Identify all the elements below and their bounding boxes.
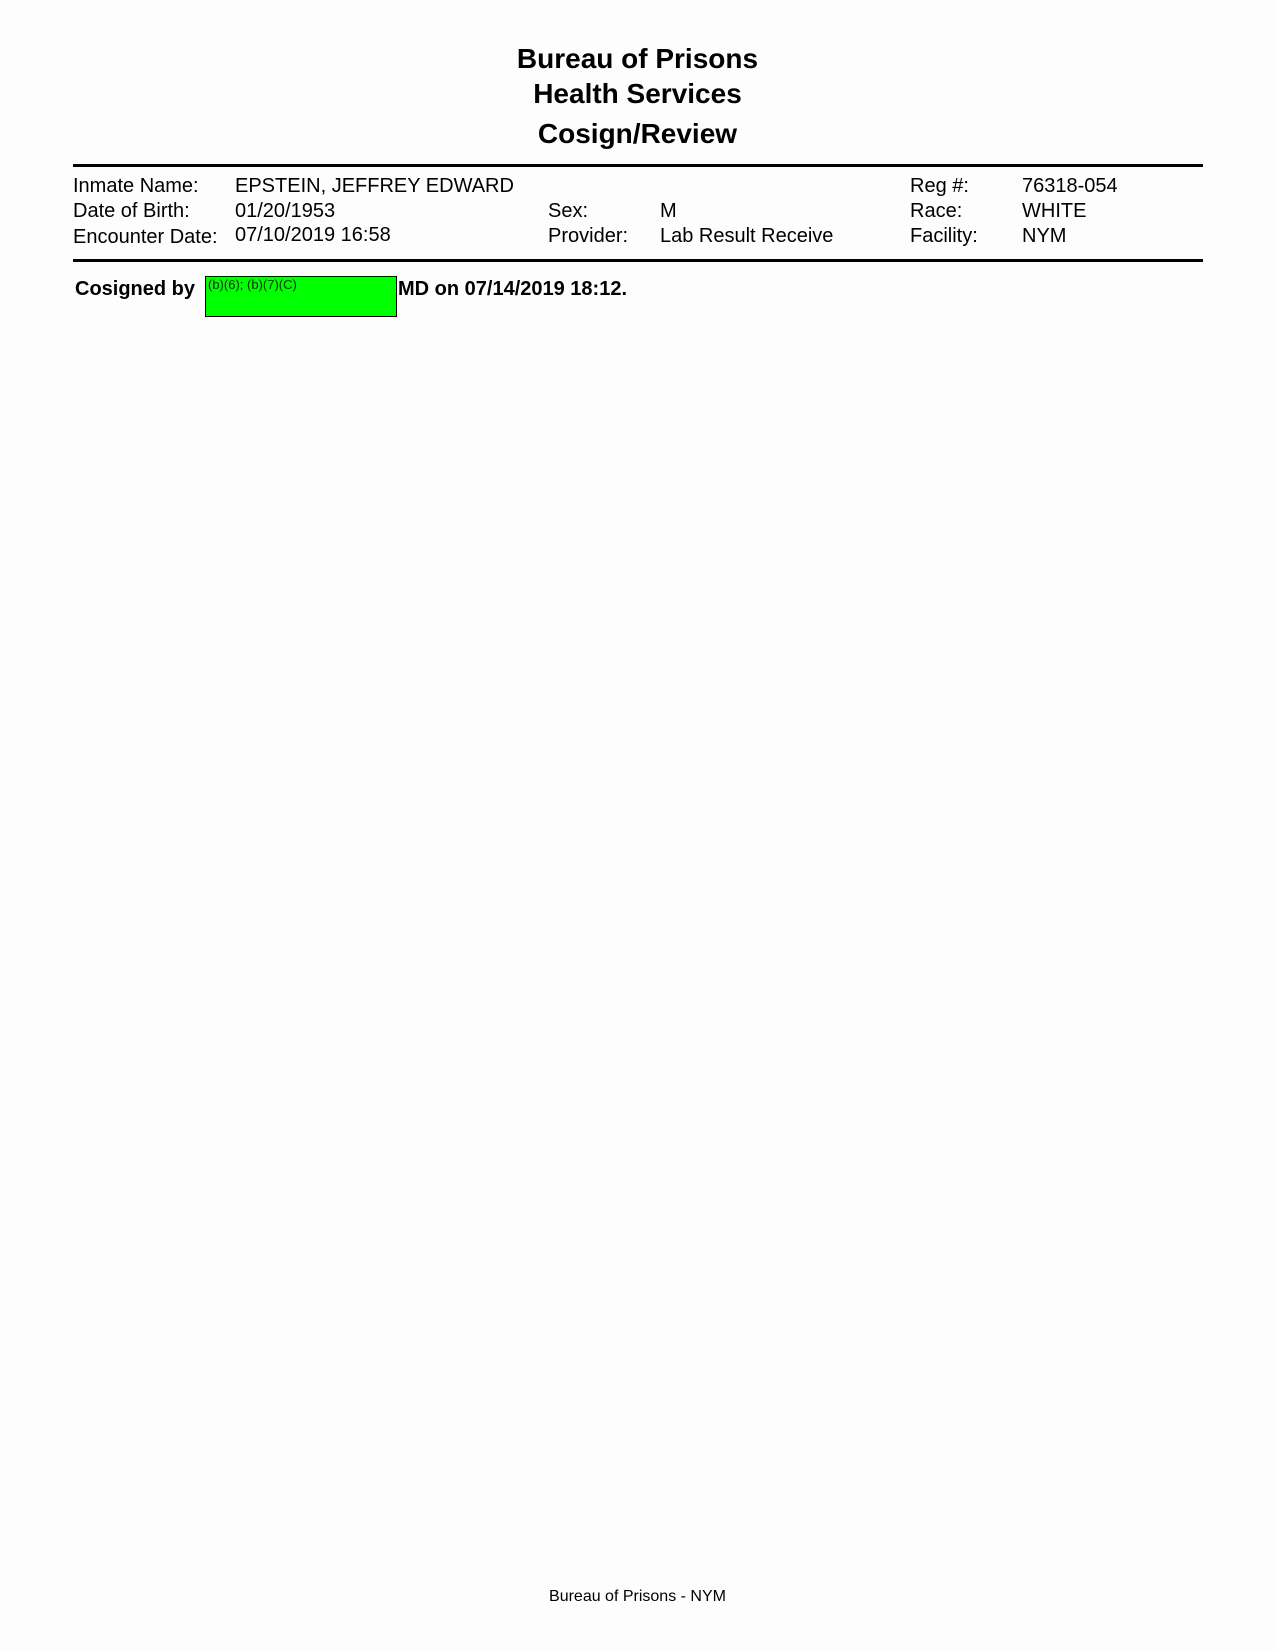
sex-label: Sex: [548,199,588,223]
sex-value: M [660,199,677,223]
provider-value: Lab Result Receive [660,224,833,248]
page-footer: Bureau of Prisons - NYM [0,1587,1275,1607]
encounter-date-value: 07/10/2019 16:58 [235,223,391,247]
department-title: Health Services [0,78,1275,110]
header-divider-bottom [73,259,1203,262]
dob-value: 01/20/1953 [235,199,335,223]
race-label: Race: [910,199,962,223]
reg-value: 76318-054 [1022,174,1118,198]
facility-value: NYM [1022,224,1066,248]
reg-label: Reg #: [910,174,969,198]
redaction-box: (b)(6); (b)(7)(C) [205,276,397,317]
document-title: Cosign/Review [0,118,1275,150]
redaction-code: (b)(6); (b)(7)(C) [208,277,297,292]
race-value: WHITE [1022,199,1086,223]
inmate-name-label: Inmate Name: [73,174,199,198]
cosigned-by-label: Cosigned by [75,277,195,301]
encounter-date-label: Encounter Date: [73,225,218,249]
provider-label: Provider: [548,224,628,248]
dob-label: Date of Birth: [73,199,190,223]
agency-title: Bureau of Prisons [0,43,1275,75]
cosign-date-text: MD on 07/14/2019 18:12. [398,277,627,301]
header-divider-top [73,164,1203,167]
inmate-name-value: EPSTEIN, JEFFREY EDWARD [235,174,514,198]
facility-label: Facility: [910,224,978,248]
